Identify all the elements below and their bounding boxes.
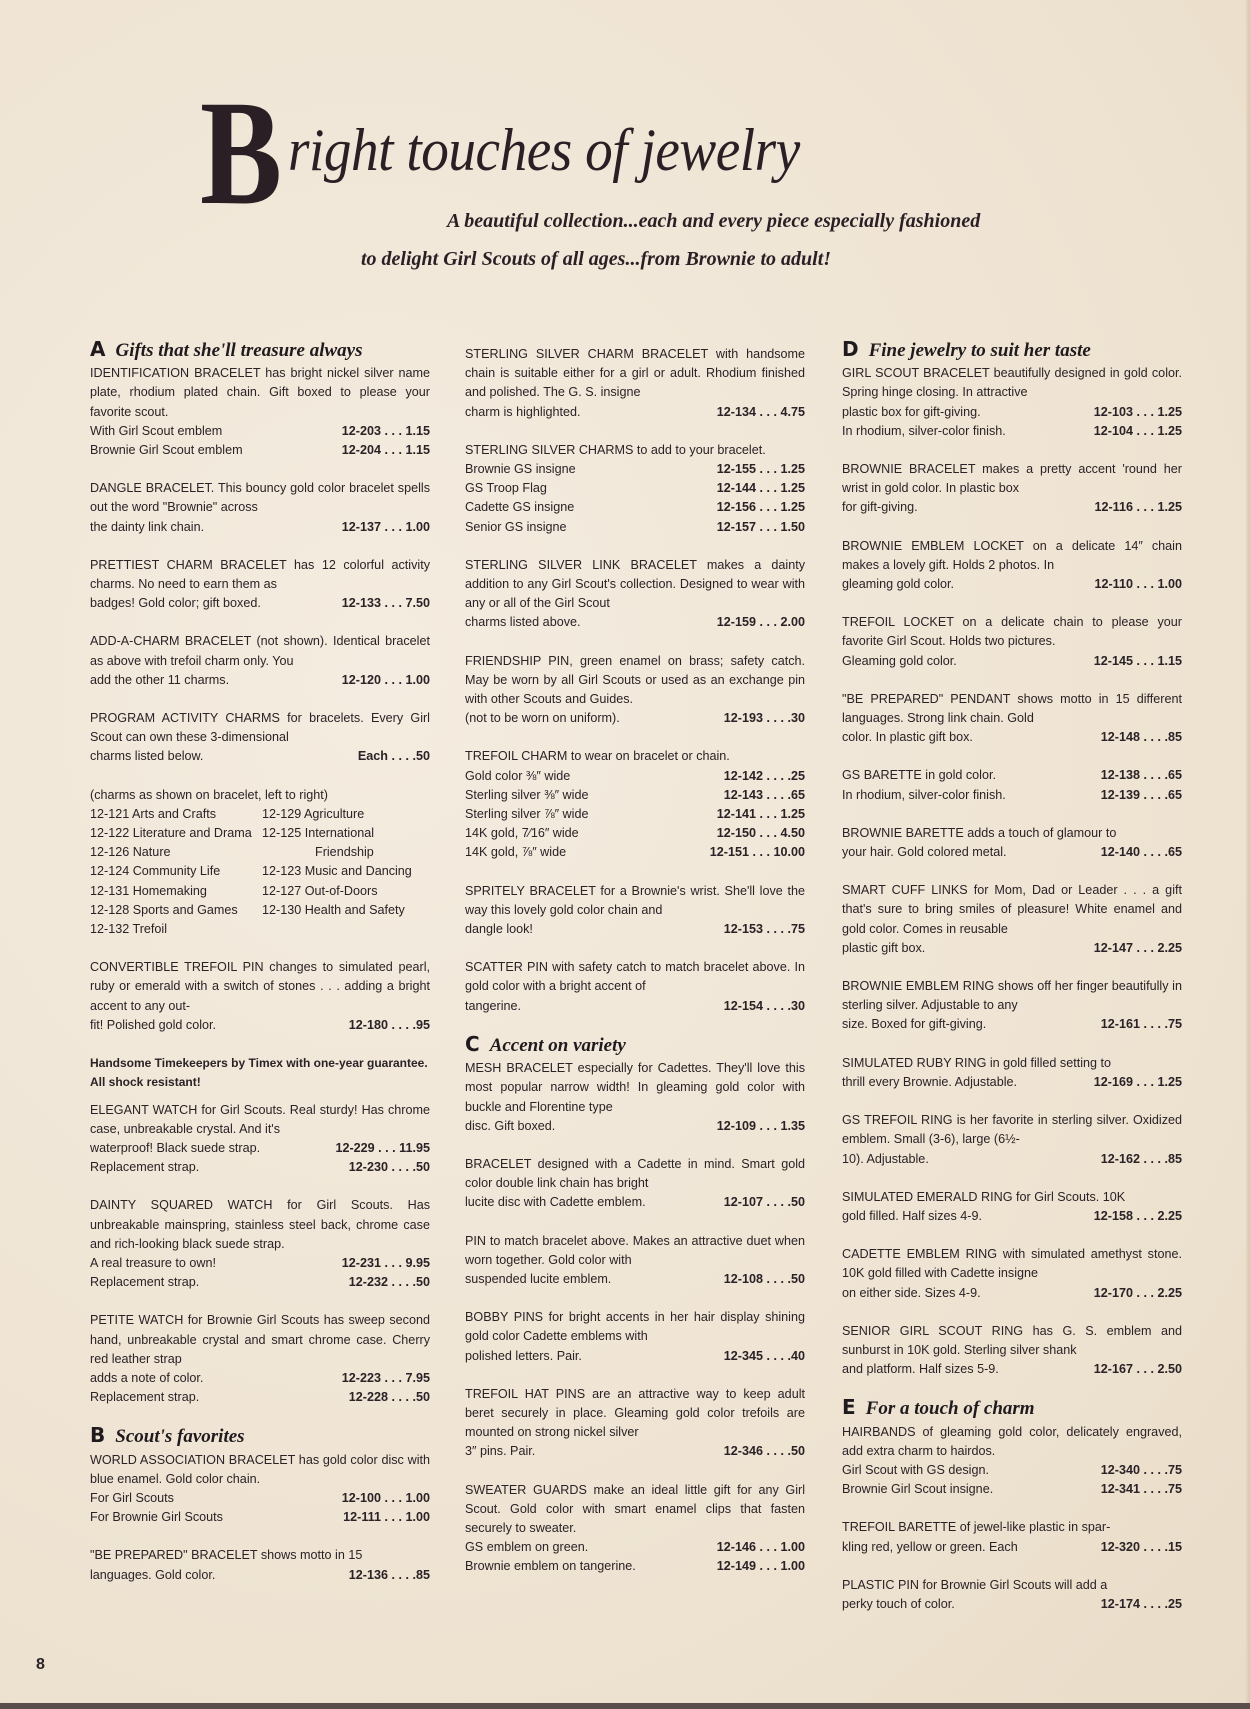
item-price-line: color. In plastic gift box.12-148 . . . … [842, 728, 1182, 747]
variant-label: 14K gold, 7⁄16″ wide [465, 824, 579, 843]
catalog-item: BROWNIE EMBLEM RING shows off her finger… [842, 977, 1182, 1035]
item-variant: Brownie Girl Scout emblem12-204 . . . 1.… [90, 441, 430, 460]
item-description: SPRITELY BRACELET for a Brownie's wrist.… [465, 882, 805, 920]
catalog-item: MESH BRACELET especially for Cadettes. T… [465, 1059, 805, 1136]
section-letter: B [90, 1426, 105, 1445]
item-description-end: Gleaming gold color. [842, 652, 957, 671]
item-variant: Sterling silver ⅜″ wide12-143 . . . .65 [465, 786, 805, 805]
variant-price: 12-100 . . . 1.00 [342, 1489, 430, 1508]
item-description-end: disc. Gift boxed. [465, 1117, 555, 1136]
variant-price: 12-104 . . . 1.25 [1094, 422, 1182, 441]
item-price-line: lucite disc with Cadette emblem.12-107 .… [465, 1193, 805, 1212]
item-description: IDENTIFICATION BRACELET has bright nicke… [90, 364, 430, 422]
item-variant: Senior GS insigne12-157 . . . 1.50 [465, 518, 805, 537]
item-description: SIMULATED RUBY RING in gold filled setti… [842, 1054, 1182, 1073]
item-description-end: size. Boxed for gift-giving. [842, 1015, 986, 1034]
item-price: 12-148 . . . .85 [1101, 728, 1182, 747]
charm-entry: 12-123 Music and Dancing [262, 862, 430, 881]
variant-price: 12-340 . . . .75 [1101, 1461, 1182, 1480]
item-price: Each . . . .50 [358, 747, 430, 766]
item-description: SENIOR GIRL SCOUT RING has G. S. emblem … [842, 1322, 1182, 1360]
item-variant: plastic box for gift-giving.12-103 . . .… [842, 403, 1182, 422]
item-price-line: gleaming gold color.12-110 . . . 1.00 [842, 575, 1182, 594]
item-price-line: disc. Gift boxed.12-109 . . . 1.35 [465, 1117, 805, 1136]
catalog-item: "BE PREPARED" BRACELET shows motto in 15… [90, 1546, 430, 1584]
catalog-item: BROWNIE EMBLEM LOCKET on a delicate 14″ … [842, 537, 1182, 595]
item-description-end: perky touch of color. [842, 1595, 955, 1614]
catalog-item: PIN to match bracelet above. Makes an at… [465, 1232, 805, 1290]
catalog-item: BOBBY PINS for bright accents in her hai… [465, 1308, 805, 1366]
item-price: 12-107 . . . .50 [724, 1193, 805, 1212]
item-price-line: gold filled. Half sizes 4-9.12-158 . . .… [842, 1207, 1182, 1226]
item-price: 12-120 . . . 1.00 [342, 671, 430, 690]
variant-label: Brownie Girl Scout insigne. [842, 1480, 993, 1499]
catalog-item: TREFOIL BARETTE of jewel-like plastic in… [842, 1518, 1182, 1556]
replacement-strap: Replacement strap.12-230 . . . .50 [90, 1158, 430, 1177]
strap-price: 12-230 . . . .50 [349, 1158, 430, 1177]
item-price-line: your hair. Gold colored metal.12-140 . .… [842, 843, 1182, 862]
item-description-end: and platform. Half sizes 5-9. [842, 1360, 999, 1379]
item-description-end: polished letters. Pair. [465, 1347, 582, 1366]
item-description: BROWNIE EMBLEM LOCKET on a delicate 14″ … [842, 537, 1182, 575]
strap-price: 12-232 . . . .50 [349, 1273, 430, 1292]
item-description-end: dangle look! [465, 920, 533, 939]
item-price-line: fit! Polished gold color.12-180 . . . .9… [90, 1016, 430, 1035]
item-price: 12-140 . . . .65 [1101, 843, 1182, 862]
variant-label: Sterling silver ⅞″ wide [465, 805, 588, 824]
item-description-end: lucite disc with Cadette emblem. [465, 1193, 646, 1212]
section-letter: D [842, 340, 859, 359]
strap-label: Replacement strap. [90, 1388, 199, 1407]
page-header: B right touches of jewelry A beautiful c… [200, 86, 1160, 286]
item-description: SIMULATED EMERALD RING for Girl Scouts. … [842, 1188, 1182, 1207]
item-description-end: gleaming gold color. [842, 575, 954, 594]
item-description-end: badges! Gold color; gift boxed. [90, 594, 261, 613]
catalog-item: SCATTER PIN with safety catch to match b… [465, 958, 805, 1016]
catalog-item: STERLING SILVER CHARM BRACELET with hand… [465, 345, 805, 422]
charm-entry: 12-129 Agriculture [262, 805, 430, 824]
variant-label: GS Troop Flag [465, 479, 547, 498]
item-description-end: charms listed below. [90, 747, 203, 766]
charm-entry: 12-122 Literature and Drama [90, 824, 262, 843]
item-variant: Brownie Girl Scout insigne.12-341 . . . … [842, 1480, 1182, 1499]
catalog-item: GS BARETTE in gold color.12-138 . . . .6… [842, 766, 1182, 804]
charm-entry: 12-127 Out-of-Doors [262, 882, 430, 901]
catalog-item: PLASTIC PIN for Brownie Girl Scouts will… [842, 1576, 1182, 1614]
variant-price: 12-138 . . . .65 [1101, 766, 1182, 785]
item-price-line: charms listed above.12-159 . . . 2.00 [465, 613, 805, 632]
item-variant: With Girl Scout emblem12-203 . . . 1.15 [90, 422, 430, 441]
item-description: TREFOIL LOCKET on a delicate chain to pl… [842, 613, 1182, 651]
charm-entry: 12-125 International Friendship [262, 824, 430, 862]
replacement-strap: Replacement strap.12-228 . . . .50 [90, 1388, 430, 1407]
item-price: 12-346 . . . .50 [724, 1442, 805, 1461]
item-price: 12-345 . . . .40 [724, 1347, 805, 1366]
item-price-line: charm is highlighted.12-134 . . . 4.75 [465, 403, 805, 422]
section-title: Fine jewelry to suit her taste [869, 341, 1091, 360]
charm-list: (charms as shown on bracelet, left to ri… [90, 786, 430, 940]
item-description: CADETTE EMBLEM RING with simulated ameth… [842, 1245, 1182, 1283]
item-description-end: fit! Polished gold color. [90, 1016, 216, 1035]
page-number: 8 [36, 1656, 45, 1674]
section-d-heading: D Fine jewelry to suit her taste [842, 340, 1182, 360]
item-description-end: waterproof! Black suede strap. [90, 1139, 260, 1158]
item-description-end: kling red, yellow or green. Each [842, 1538, 1018, 1557]
page-edge [1246, 0, 1250, 1709]
variant-label: In rhodium, silver-color finish. [842, 786, 1006, 805]
item-variant: 14K gold, 7⁄16″ wide12-150 . . . 4.50 [465, 824, 805, 843]
section-title: Accent on variety [490, 1036, 626, 1055]
section-title: Gifts that she'll treasure always [115, 341, 362, 360]
variant-label: Brownie GS insigne [465, 460, 576, 479]
variant-label: Senior GS insigne [465, 518, 567, 537]
item-price: 12-159 . . . 2.00 [717, 613, 805, 632]
page-bottom-edge [0, 1703, 1250, 1709]
item-description: PRETTIEST CHARM BRACELET has 12 colorful… [90, 556, 430, 594]
variant-price: 12-204 . . . 1.15 [342, 441, 430, 460]
item-price: 12-136 . . . .85 [349, 1566, 430, 1585]
item-price: 12-147 . . . 2.25 [1094, 939, 1182, 958]
item-price: 12-170 . . . 2.25 [1094, 1284, 1182, 1303]
catalog-item: SMART CUFF LINKS for Mom, Dad or Leader … [842, 881, 1182, 958]
item-price-line: charms listed below.Each . . . .50 [90, 747, 430, 766]
item-variant: Girl Scout with GS design.12-340 . . . .… [842, 1461, 1182, 1480]
variant-price: 12-155 . . . 1.25 [717, 460, 805, 479]
item-variant: For Brownie Girl Scouts12-111 . . . 1.00 [90, 1508, 430, 1527]
item-price-line: the dainty link chain.12-137 . . . 1.00 [90, 518, 430, 537]
catalog-item: BROWNIE BARETTE adds a touch of glamour … [842, 824, 1182, 862]
catalog-item: PRETTIEST CHARM BRACELET has 12 colorful… [90, 556, 430, 614]
item-variant: GS emblem on green.12-146 . . . 1.00 [465, 1538, 805, 1557]
item-description-end: your hair. Gold colored metal. [842, 843, 1007, 862]
variant-price: 12-341 . . . .75 [1101, 1480, 1182, 1499]
item-description: STERLING SILVER CHARM BRACELET with hand… [465, 345, 805, 403]
catalog-item: DANGLE BRACELET. This bouncy gold color … [90, 479, 430, 537]
column-right: D Fine jewelry to suit her taste GIRL SC… [842, 340, 1182, 1633]
section-c-heading: C Accent on variety [465, 1035, 805, 1055]
item-variant: Brownie emblem on tangerine.12-149 . . .… [465, 1557, 805, 1576]
catalog-item: DAINTY SQUARED WATCH for Girl Scouts. Ha… [90, 1196, 430, 1292]
item-price-line: and platform. Half sizes 5-9.12-167 . . … [842, 1360, 1182, 1379]
item-variant: In rhodium, silver-color finish.12-104 .… [842, 422, 1182, 441]
variant-price: 12-156 . . . 1.25 [717, 498, 805, 517]
charm-entry: 12-132 Trefoil [90, 920, 262, 939]
item-price: 12-110 . . . 1.00 [1094, 575, 1182, 594]
charm-entry: 12-126 Nature [90, 843, 262, 862]
variant-price: 12-151 . . . 10.00 [710, 843, 805, 862]
variant-price: 12-150 . . . 4.50 [717, 824, 805, 843]
variant-label: Brownie Girl Scout emblem [90, 441, 243, 460]
item-description-end: on either side. Sizes 4-9. [842, 1284, 981, 1303]
item-description: GIRL SCOUT BRACELET beautifully designed… [842, 364, 1182, 402]
item-price-line: languages. Gold color.12-136 . . . .85 [90, 1566, 430, 1585]
item-variant: Brownie GS insigne12-155 . . . 1.25 [465, 460, 805, 479]
item-description: ELEGANT WATCH for Girl Scouts. Real stur… [90, 1101, 430, 1139]
item-price-line: (not to be worn on uniform).12-193 . . .… [465, 709, 805, 728]
variant-label: 14K gold, ⅞″ wide [465, 843, 566, 862]
section-a-heading: A Gifts that she'll treasure always [90, 340, 430, 360]
catalog-item: STERLING SILVER LINK BRACELET makes a da… [465, 556, 805, 633]
item-price-line: 10). Adjustable.12-162 . . . .85 [842, 1150, 1182, 1169]
item-description-end: charm is highlighted. [465, 403, 581, 422]
item-description-end: add the other 11 charms. [90, 671, 229, 690]
item-price-line: perky touch of color.12-174 . . . .25 [842, 1595, 1182, 1614]
item-description: PROGRAM ACTIVITY CHARMS for bracelets. E… [90, 709, 430, 747]
item-description-end: plastic gift box. [842, 939, 925, 958]
catalog-item: HAIRBANDS of gleaming gold color, delica… [842, 1423, 1182, 1500]
variant-price: 12-203 . . . 1.15 [342, 422, 430, 441]
item-description-end: 3″ pins. Pair. [465, 1442, 535, 1461]
item-description: HAIRBANDS of gleaming gold color, delica… [842, 1423, 1182, 1461]
item-description: "BE PREPARED" PENDANT shows motto in 15 … [842, 690, 1182, 728]
catalog-item: CONVERTIBLE TREFOIL PIN changes to simul… [90, 958, 430, 1035]
item-description: TREFOIL BARETTE of jewel-like plastic in… [842, 1518, 1182, 1537]
item-price: 12-145 . . . 1.15 [1094, 652, 1182, 671]
item-price: 12-193 . . . .30 [724, 709, 805, 728]
item-price-line: polished letters. Pair.12-345 . . . .40 [465, 1347, 805, 1366]
item-description-end: suspended lucite emblem. [465, 1270, 611, 1289]
replacement-strap: Replacement strap.12-232 . . . .50 [90, 1273, 430, 1292]
section-title: Scout's favorites [115, 1427, 244, 1446]
page-title: right touches of jewelry [288, 120, 800, 180]
item-price-line: 3″ pins. Pair.12-346 . . . .50 [465, 1442, 805, 1461]
item-variant: For Girl Scouts12-100 . . . 1.00 [90, 1489, 430, 1508]
item-price: 12-154 . . . .30 [724, 997, 805, 1016]
variant-price: 12-143 . . . .65 [724, 786, 805, 805]
catalog-item: ADD-A-CHARM BRACELET (not shown). Identi… [90, 632, 430, 690]
variant-label: For Brownie Girl Scouts [90, 1508, 223, 1527]
catalog-item: TREFOIL HAT PINS are an attractive way t… [465, 1385, 805, 1462]
item-price-line: kling red, yellow or green. Each12-320 .… [842, 1538, 1182, 1557]
item-price-line: size. Boxed for gift-giving.12-161 . . .… [842, 1015, 1182, 1034]
charm-entry: 12-121 Arts and Crafts [90, 805, 262, 824]
item-description: ADD-A-CHARM BRACELET (not shown). Identi… [90, 632, 430, 670]
variant-label: Girl Scout with GS design. [842, 1461, 989, 1480]
item-price: 12-231 . . . 9.95 [342, 1254, 430, 1273]
item-description-end: languages. Gold color. [90, 1566, 215, 1585]
item-description: BROWNIE BRACELET makes a pretty accent '… [842, 460, 1182, 498]
item-description-end: (not to be worn on uniform). [465, 709, 620, 728]
item-price-line: on either side. Sizes 4-9.12-170 . . . 2… [842, 1284, 1182, 1303]
catalog-item: IDENTIFICATION BRACELET has bright nicke… [90, 364, 430, 460]
item-variant: 14K gold, ⅞″ wide12-151 . . . 10.00 [465, 843, 805, 862]
section-letter: C [465, 1035, 480, 1054]
catalog-item: SENIOR GIRL SCOUT RING has G. S. emblem … [842, 1322, 1182, 1380]
item-price: 12-169 . . . 1.25 [1094, 1073, 1182, 1092]
catalog-item: BRACELET designed with a Cadette in mind… [465, 1155, 805, 1213]
item-description-end: thrill every Brownie. Adjustable. [842, 1073, 1017, 1092]
variant-price: 12-144 . . . 1.25 [717, 479, 805, 498]
item-price: 12-137 . . . 1.00 [342, 518, 430, 537]
catalog-item: SWEATER GUARDS make an ideal little gift… [465, 1481, 805, 1577]
item-price: 12-320 . . . .15 [1101, 1538, 1182, 1557]
item-description: STERLING SILVER CHARMS to add to your br… [465, 441, 805, 460]
subtitle-line-1: A beautiful collection...each and every … [447, 210, 980, 233]
variant-price: 12-139 . . . .65 [1101, 786, 1182, 805]
item-description: PIN to match bracelet above. Makes an at… [465, 1232, 805, 1270]
item-price: 12-133 . . . 7.50 [342, 594, 430, 613]
item-description: FRIENDSHIP PIN, green enamel on brass; s… [465, 652, 805, 710]
item-description-end: charms listed above. [465, 613, 581, 632]
variant-price: 12-141 . . . 1.25 [717, 805, 805, 824]
item-price-line: A real treasure to own!12-231 . . . 9.95 [90, 1254, 430, 1273]
variant-label: With Girl Scout emblem [90, 422, 222, 441]
section-letter: A [90, 340, 105, 359]
item-variant: In rhodium, silver-color finish.12-139 .… [842, 786, 1182, 805]
item-description: SMART CUFF LINKS for Mom, Dad or Leader … [842, 881, 1182, 939]
item-description-end: gold filled. Half sizes 4-9. [842, 1207, 982, 1226]
title-drop-cap: B [200, 78, 282, 228]
item-description: MESH BRACELET especially for Cadettes. T… [465, 1059, 805, 1117]
column-left: A Gifts that she'll treasure always IDEN… [90, 340, 430, 1604]
item-price: 12-108 . . . .50 [724, 1270, 805, 1289]
item-description-end: tangerine. [465, 997, 521, 1016]
item-price-line: dangle look!12-153 . . . .75 [465, 920, 805, 939]
item-description-end: for gift-giving. [842, 498, 918, 517]
section-b-heading: B Scout's favorites [90, 1426, 430, 1446]
item-price: 12-223 . . . 7.95 [342, 1369, 430, 1388]
section-title: For a touch of charm [866, 1399, 1035, 1418]
catalog-item: SPRITELY BRACELET for a Brownie's wrist.… [465, 882, 805, 940]
section-letter: E [842, 1398, 856, 1417]
variant-price: 12-157 . . . 1.50 [717, 518, 805, 537]
item-description: SCATTER PIN with safety catch to match b… [465, 958, 805, 996]
item-description: BOBBY PINS for bright accents in her hai… [465, 1308, 805, 1346]
item-description: CONVERTIBLE TREFOIL PIN changes to simul… [90, 958, 430, 1016]
variant-price: 12-111 . . . 1.00 [343, 1508, 430, 1527]
catalog-item: CADETTE EMBLEM RING with simulated ameth… [842, 1245, 1182, 1303]
timex-note: Handsome Timekeepers by Timex with one-y… [90, 1054, 430, 1092]
catalog-item: PROGRAM ACTIVITY CHARMS for bracelets. E… [90, 709, 430, 767]
charm-entry: 12-128 Sports and Games [90, 901, 262, 920]
item-price-line: thrill every Brownie. Adjustable.12-169 … [842, 1073, 1182, 1092]
item-description: BROWNIE BARETTE adds a touch of glamour … [842, 824, 1182, 843]
catalog-item: FRIENDSHIP PIN, green enamel on brass; s… [465, 652, 805, 729]
catalog-item: GS TREFOIL RING is her favorite in sterl… [842, 1111, 1182, 1169]
variant-label: GS BARETTE in gold color. [842, 766, 996, 785]
strap-label: Replacement strap. [90, 1273, 199, 1292]
catalog-item: SIMULATED RUBY RING in gold filled setti… [842, 1054, 1182, 1092]
item-price-line: adds a note of color.12-223 . . . 7.95 [90, 1369, 430, 1388]
item-price: 12-229 . . . 11.95 [335, 1139, 430, 1158]
item-price: 12-174 . . . .25 [1101, 1595, 1182, 1614]
item-price-line: Gleaming gold color.12-145 . . . 1.15 [842, 652, 1182, 671]
charm-entry: 12-124 Community Life [90, 862, 262, 881]
charm-entry: 12-130 Health and Safety [262, 901, 430, 920]
catalog-item: "BE PREPARED" PENDANT shows motto in 15 … [842, 690, 1182, 748]
item-price: 12-153 . . . .75 [724, 920, 805, 939]
item-variant: Cadette GS insigne12-156 . . . 1.25 [465, 498, 805, 517]
strap-price: 12-228 . . . .50 [349, 1388, 430, 1407]
item-price: 12-109 . . . 1.35 [717, 1117, 805, 1136]
item-description-end: adds a note of color. [90, 1369, 203, 1388]
item-price: 12-158 . . . 2.25 [1094, 1207, 1182, 1226]
item-variant: Gold color ⅜″ wide12-142 . . . .25 [465, 767, 805, 786]
variant-price: 12-146 . . . 1.00 [717, 1538, 805, 1557]
item-description: TREFOIL HAT PINS are an attractive way t… [465, 1385, 805, 1443]
item-description-end: color. In plastic gift box. [842, 728, 973, 747]
variant-label: GS emblem on green. [465, 1538, 588, 1557]
item-description: TREFOIL CHARM to wear on bracelet or cha… [465, 747, 805, 766]
variant-price: 12-149 . . . 1.00 [717, 1557, 805, 1576]
section-e-heading: E For a touch of charm [842, 1398, 1182, 1418]
item-description: "BE PREPARED" BRACELET shows motto in 15 [90, 1546, 430, 1565]
catalog-item: BROWNIE BRACELET makes a pretty accent '… [842, 460, 1182, 518]
catalog-item: ELEGANT WATCH for Girl Scouts. Real stur… [90, 1101, 430, 1178]
item-price: 12-161 . . . .75 [1101, 1015, 1182, 1034]
variant-label: In rhodium, silver-color finish. [842, 422, 1006, 441]
subtitle-line-2: to delight Girl Scouts of all ages...fro… [361, 248, 831, 271]
item-price: 12-116 . . . 1.25 [1094, 498, 1182, 517]
strap-label: Replacement strap. [90, 1158, 199, 1177]
item-price-line: tangerine.12-154 . . . .30 [465, 997, 805, 1016]
item-description: SWEATER GUARDS make an ideal little gift… [465, 1481, 805, 1539]
item-description-end: the dainty link chain. [90, 518, 204, 537]
item-description-end: 10). Adjustable. [842, 1150, 929, 1169]
catalog-item: SIMULATED EMERALD RING for Girl Scouts. … [842, 1188, 1182, 1226]
variant-label: plastic box for gift-giving. [842, 403, 981, 422]
item-description: BRACELET designed with a Cadette in mind… [465, 1155, 805, 1193]
item-variant: GS BARETTE in gold color.12-138 . . . .6… [842, 766, 1182, 785]
item-description: PLASTIC PIN for Brownie Girl Scouts will… [842, 1576, 1182, 1595]
item-description: STERLING SILVER LINK BRACELET makes a da… [465, 556, 805, 614]
variant-price: 12-103 . . . 1.25 [1094, 403, 1182, 422]
variant-label: For Girl Scouts [90, 1489, 174, 1508]
item-description: WORLD ASSOCIATION BRACELET has gold colo… [90, 1451, 430, 1489]
item-description: GS TREFOIL RING is her favorite in sterl… [842, 1111, 1182, 1149]
item-price-line: badges! Gold color; gift boxed.12-133 . … [90, 594, 430, 613]
item-variant: Sterling silver ⅞″ wide12-141 . . . 1.25 [465, 805, 805, 824]
charm-list-intro: (charms as shown on bracelet, left to ri… [90, 786, 430, 805]
item-description: PETITE WATCH for Brownie Girl Scouts has… [90, 1311, 430, 1369]
variant-price: 12-142 . . . .25 [724, 767, 805, 786]
item-price-line: for gift-giving.12-116 . . . 1.25 [842, 498, 1182, 517]
item-price: 12-134 . . . 4.75 [717, 403, 805, 422]
variant-label: Cadette GS insigne [465, 498, 574, 517]
item-price-line: plastic gift box.12-147 . . . 2.25 [842, 939, 1182, 958]
catalog-item: TREFOIL CHARM to wear on bracelet or cha… [465, 747, 805, 862]
variant-label: Sterling silver ⅜″ wide [465, 786, 588, 805]
catalog-item: GIRL SCOUT BRACELET beautifully designed… [842, 364, 1182, 441]
item-description: BROWNIE EMBLEM RING shows off her finger… [842, 977, 1182, 1015]
variant-label: Gold color ⅜″ wide [465, 767, 570, 786]
catalog-item: STERLING SILVER CHARMS to add to your br… [465, 441, 805, 537]
item-price: 12-167 . . . 2.50 [1094, 1360, 1182, 1379]
catalog-item: PETITE WATCH for Brownie Girl Scouts has… [90, 1311, 430, 1407]
catalog-item: TREFOIL LOCKET on a delicate chain to pl… [842, 613, 1182, 671]
item-price-line: suspended lucite emblem.12-108 . . . .50 [465, 1270, 805, 1289]
catalog-item: WORLD ASSOCIATION BRACELET has gold colo… [90, 1451, 430, 1528]
item-price: 12-162 . . . .85 [1101, 1150, 1182, 1169]
item-price-line: add the other 11 charms.12-120 . . . 1.0… [90, 671, 430, 690]
item-price-line: waterproof! Black suede strap.12-229 . .… [90, 1139, 430, 1158]
item-price: 12-180 . . . .95 [349, 1016, 430, 1035]
item-description: DANGLE BRACELET. This bouncy gold color … [90, 479, 430, 517]
item-variant: GS Troop Flag12-144 . . . 1.25 [465, 479, 805, 498]
charm-entry: 12-131 Homemaking [90, 882, 262, 901]
item-description: DAINTY SQUARED WATCH for Girl Scouts. Ha… [90, 1196, 430, 1254]
variant-label: Brownie emblem on tangerine. [465, 1557, 636, 1576]
column-middle: STERLING SILVER CHARM BRACELET with hand… [465, 345, 805, 1596]
item-description-end: A real treasure to own! [90, 1254, 216, 1273]
